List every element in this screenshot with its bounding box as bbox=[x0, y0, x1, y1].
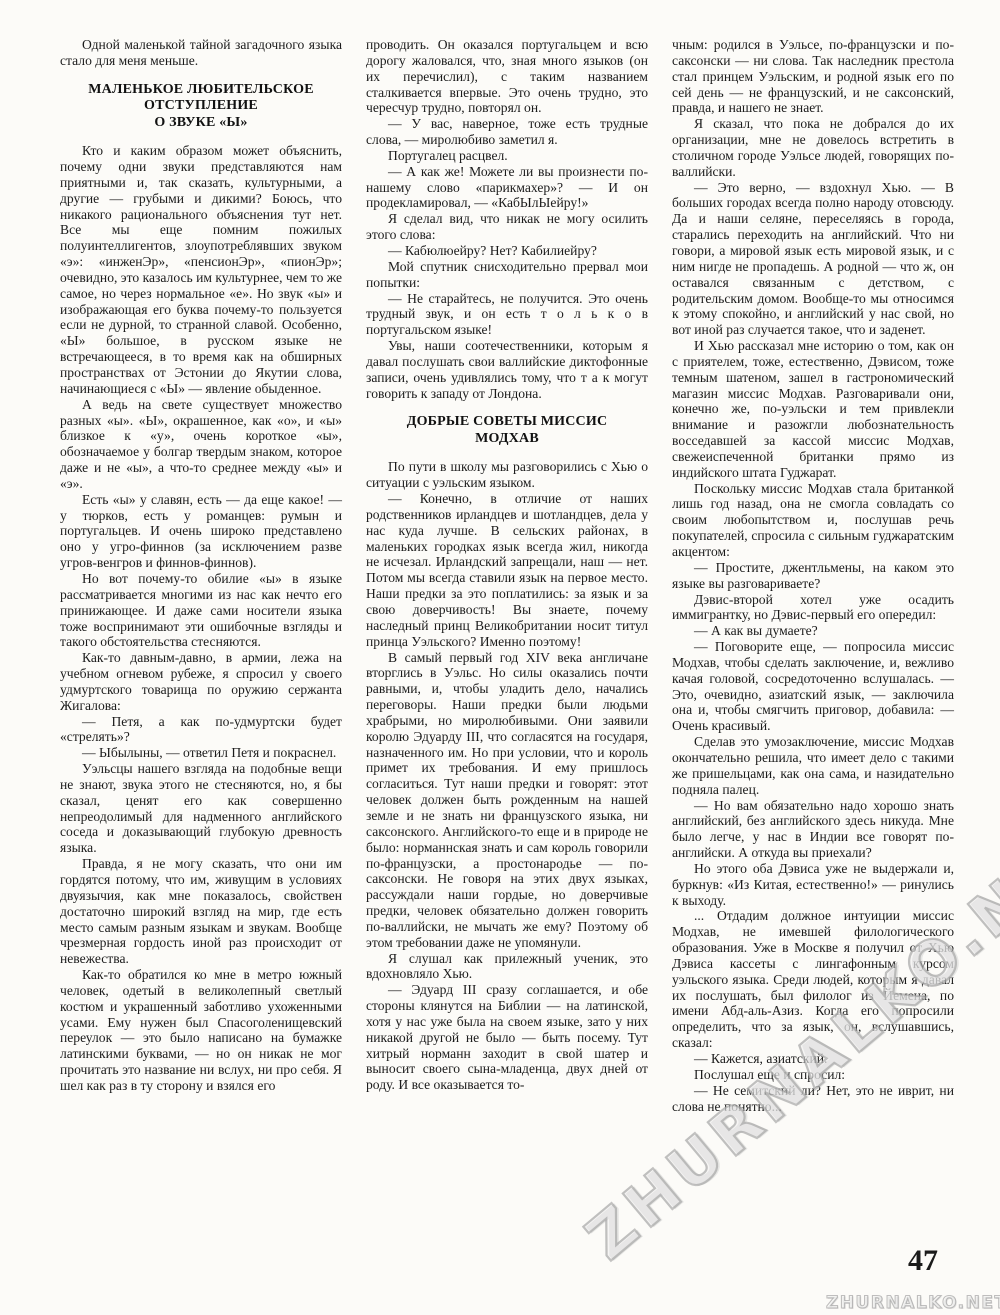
column-3: чным: родился в Уэльсе, по-французски и … bbox=[672, 37, 954, 1114]
paragraph: Но вот почему-то обилие «ы» в языке расс… bbox=[60, 571, 342, 650]
paragraph: Я слушал как прилежный ученик, это вдохн… bbox=[366, 951, 648, 983]
paragraph: — А как же! Можете ли вы произнести по-н… bbox=[366, 164, 648, 212]
paragraph: — Это верно, — вздохнул Хью. — В больших… bbox=[672, 180, 954, 338]
paragraph: Как-то давным-давно, в армии, лежа на уч… bbox=[60, 650, 342, 713]
paragraph: В самый первый год XIV века англичане вт… bbox=[366, 650, 648, 951]
section-heading: МАЛЕНЬКОЕ ЛЮБИТЕЛЬСКОЕ ОТСТУПЛЕНИЕ О ЗВУ… bbox=[60, 82, 342, 132]
paragraph: Но этого оба Дэвиса уже не выдержали и, … bbox=[672, 861, 954, 909]
paragraph: — У вас, наверное, тоже есть трудные сло… bbox=[366, 116, 648, 148]
paragraph: — Не старайтесь, не получится. Это очень… bbox=[366, 291, 648, 339]
paragraph: А ведь на свете существует множество раз… bbox=[60, 397, 342, 492]
paragraph: Поскольку миссис Модхав стала британкой … bbox=[672, 481, 954, 560]
paragraph: Есть «ы» у славян, есть — да еще какое! … bbox=[60, 492, 342, 571]
paragraph: — Поговорите еще, — попросила миссис Мод… bbox=[672, 639, 954, 734]
paragraph: Мой спутник снисходительно прервал мои п… bbox=[366, 259, 648, 291]
paragraph: Кто и каким образом может объяснить, поч… bbox=[60, 143, 342, 397]
paragraph: — Петя, а как по-удмуртски будет «стреля… bbox=[60, 714, 342, 746]
paragraph: Как-то обратился ко мне в метро южный че… bbox=[60, 967, 342, 1094]
magazine-page: Одной маленькой тайной загадочного языка… bbox=[0, 0, 1000, 1315]
paragraph: — А как вы думаете? bbox=[672, 623, 954, 639]
paragraph: Португалец расцвел. bbox=[366, 148, 648, 164]
paragraph: Я сделал вид, что никак не могу осилить … bbox=[366, 211, 648, 243]
column-1: Одной маленькой тайной загадочного языка… bbox=[60, 37, 342, 1114]
paragraph: — Кабюлюейру? Нет? Кабилиейру? bbox=[366, 243, 648, 259]
paragraph: Дэвис-второй хотел уже осадить иммигрант… bbox=[672, 592, 954, 624]
page-number: 47 bbox=[908, 1244, 938, 1278]
paragraph: — Но вам обязательно надо хорошо знать а… bbox=[672, 798, 954, 861]
column-2: проводить. Он оказался португальцем и вс… bbox=[366, 37, 648, 1114]
paragraph: — Ыбылыны, — ответил Петя и покраснел. bbox=[60, 745, 342, 761]
paragraph: ... Отдадим должное интуиции миссис Модх… bbox=[672, 908, 954, 1051]
text-columns: Одной маленькой тайной загадочного языка… bbox=[60, 37, 954, 1114]
paragraph: По пути в школу мы разговорились с Хью о… bbox=[366, 459, 648, 491]
section-heading: ДОБРЫЕ СОВЕТЫ МИССИС МОДХАВ bbox=[366, 414, 648, 447]
paragraph: Уэльсцы нашего взгляда на подобные вещи … bbox=[60, 761, 342, 856]
paragraph: Одной маленькой тайной загадочного языка… bbox=[60, 37, 342, 69]
paragraph: Правда, я не могу сказать, что они им го… bbox=[60, 856, 342, 967]
paragraph: — Эдуард III сразу соглашается, и обе ст… bbox=[366, 982, 648, 1093]
paragraph: проводить. Он оказался португальцем и вс… bbox=[366, 37, 648, 116]
paragraph: — Простите, джентльмены, на каком это яз… bbox=[672, 560, 954, 592]
paragraph: Увы, наши соотечественники, которым я да… bbox=[366, 338, 648, 401]
watermark-footer: ZHURNALKO.NET bbox=[826, 1293, 1000, 1313]
paragraph: — Конечно, в отличие от наших родственни… bbox=[366, 491, 648, 649]
paragraph: Я сказал, что пока не добрался до их орг… bbox=[672, 116, 954, 179]
paragraph: И Хью рассказал мне историю о том, как о… bbox=[672, 338, 954, 481]
paragraph: — Кажется, азиатский. bbox=[672, 1051, 954, 1067]
paragraph: Сделав это умозаключение, миссис Модхав … bbox=[672, 734, 954, 797]
paragraph: чным: родился в Уэльсе, по-французски и … bbox=[672, 37, 954, 116]
paragraph: Послушал еще и спросил: bbox=[672, 1067, 954, 1083]
paragraph: — Не семитский ли? Нет, это не иврит, ни… bbox=[672, 1083, 954, 1115]
